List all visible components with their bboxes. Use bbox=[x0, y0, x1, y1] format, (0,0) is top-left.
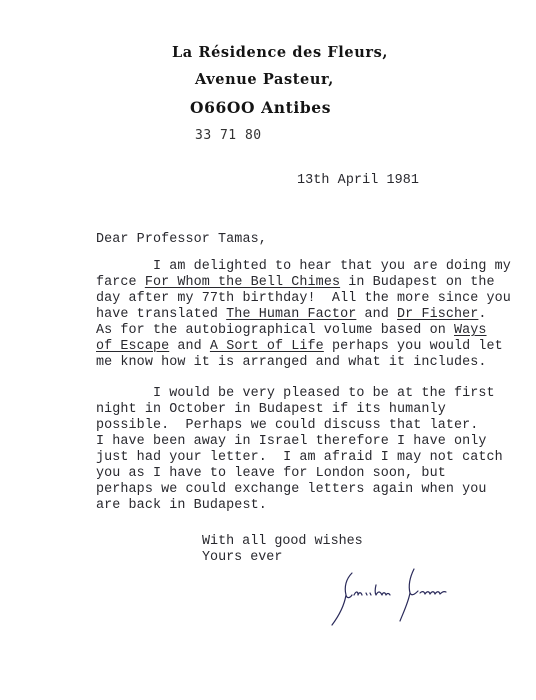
paragraph-line: night in October in Budapest if its huma… bbox=[96, 402, 503, 418]
paragraph-line: I have been away in Israel therefore I h… bbox=[96, 434, 503, 450]
title-the-human-factor: The Human Factor bbox=[226, 307, 356, 322]
title-a-sort-of-life: A Sort of Life bbox=[210, 339, 324, 354]
text: . bbox=[478, 307, 486, 322]
paragraph-line: just had your letter. I am afraid I may … bbox=[96, 450, 503, 466]
paragraph-line: have translated The Human Factor and Dr … bbox=[96, 307, 511, 323]
title-ways-of-escape-part2: of Escape bbox=[96, 339, 169, 354]
phone-number: 33 71 80 bbox=[195, 128, 262, 143]
title-for-whom-the-bell-chimes: For Whom the Bell Chimes bbox=[145, 275, 340, 290]
text: farce bbox=[96, 275, 145, 290]
paragraph-2: I would be very pleased to be at the fir… bbox=[96, 386, 503, 514]
closing-yours-ever: Yours ever bbox=[202, 550, 363, 566]
title-dr-fischer: Dr Fischer bbox=[397, 307, 478, 322]
text: have translated bbox=[96, 307, 226, 322]
paragraph-line: are back in Budapest. bbox=[96, 498, 503, 514]
letterhead-residence: La Résidence des Fleurs, bbox=[172, 44, 388, 61]
text: perhaps you would let bbox=[324, 339, 503, 354]
letterhead-city: O66OO Antibes bbox=[190, 98, 331, 117]
paragraph-line: me know how it is arranged and what it i… bbox=[96, 355, 511, 371]
paragraph-line: As for the autobiographical volume based… bbox=[96, 323, 511, 339]
paragraph-line: day after my 77th birthday! All the more… bbox=[96, 291, 511, 307]
text: and bbox=[356, 307, 397, 322]
paragraph-line: of Escape and A Sort of Life perhaps you… bbox=[96, 339, 511, 355]
title-ways-of-escape-part1: Ways bbox=[454, 323, 487, 338]
signature-scribble-icon bbox=[330, 565, 490, 635]
salutation: Dear Professor Tamas, bbox=[96, 232, 267, 247]
handwritten-signature bbox=[330, 565, 490, 635]
paragraph-line: perhaps we could exchange letters again … bbox=[96, 482, 503, 498]
paragraph-1: I am delighted to hear that you are doin… bbox=[96, 259, 511, 371]
paragraph-line: I am delighted to hear that you are doin… bbox=[96, 259, 511, 275]
paragraph-line: possible. Perhaps we could discuss that … bbox=[96, 418, 503, 434]
paragraph-line: I would be very pleased to be at the fir… bbox=[96, 386, 503, 402]
letterhead-street: Avenue Pasteur, bbox=[195, 71, 334, 88]
letter-date: 13th April 1981 bbox=[297, 173, 419, 188]
closing: With all good wishes Yours ever bbox=[202, 534, 363, 566]
paragraph-line: you as I have to leave for London soon, … bbox=[96, 466, 503, 482]
closing-wishes: With all good wishes bbox=[202, 534, 363, 550]
paragraph-line: farce For Whom the Bell Chimes in Budape… bbox=[96, 275, 511, 291]
text: and bbox=[169, 339, 210, 354]
text: As for the autobiographical volume based… bbox=[96, 323, 454, 338]
text: in Budapest on the bbox=[340, 275, 495, 290]
